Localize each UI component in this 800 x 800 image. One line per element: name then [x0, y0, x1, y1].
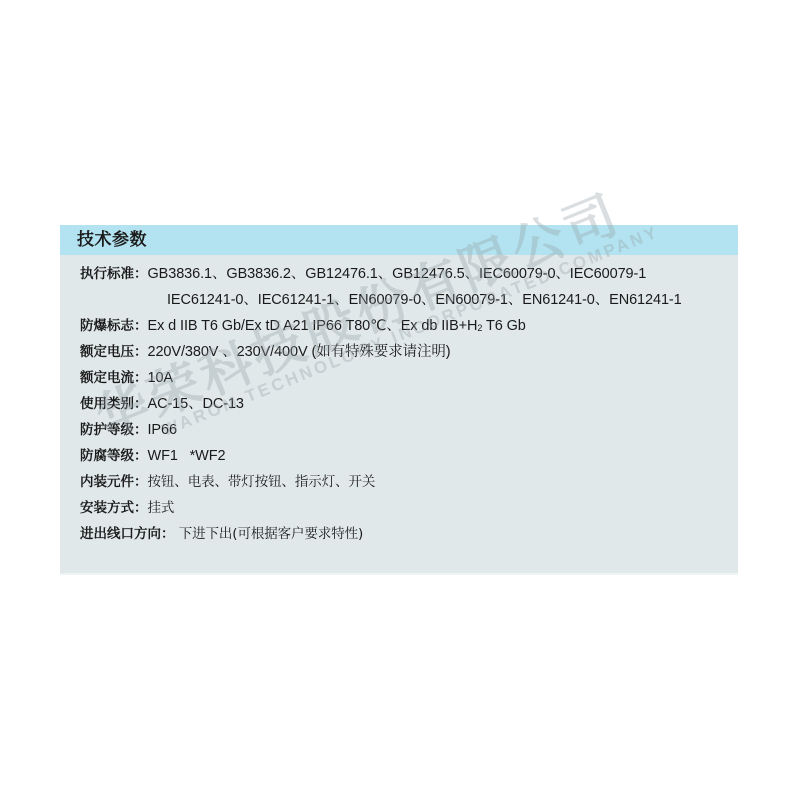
spec-list: 执行标准： GB3836.1、GB3836.2、GB12476.1、GB1247… [80, 265, 738, 551]
spec-row-cable-entry: 进出线口方向： 下进下出(可根据客户要求特性) [80, 525, 738, 551]
spec-row-installation: 安装方式： 挂式 [80, 499, 738, 525]
panel-title: 技术参数 [77, 229, 147, 251]
spec-row-utilization-category: 使用类别： AC-15、DC-13 [80, 395, 738, 421]
spec-value: IEC61241-0、IEC61241-1、EN60079-0、EN60079-… [167, 291, 682, 309]
spec-row-protection-grade: 防护等级： IP66 [80, 421, 738, 447]
spec-value: GB3836.1、GB3836.2、GB12476.1、GB12476.5、IE… [148, 265, 647, 283]
spec-value: AC-15、DC-13 [148, 395, 244, 413]
spec-value: 10A [148, 369, 174, 387]
spec-label: 防腐等级： [80, 447, 148, 465]
spec-label: 安装方式： [80, 499, 148, 517]
spec-row-built-in-components: 内装元件： 按钮、电表、带灯按钮、指示灯、开关 [80, 473, 738, 499]
spec-row-anticorrosion-grade: 防腐等级： WF1 *WF2 [80, 447, 738, 473]
tech-params-panel: 技术参数 执行标准： GB3836.1、GB3836.2、GB12476.1、G… [60, 225, 738, 575]
spec-label: 额定电压： [80, 343, 148, 361]
spec-label: 执行标准： [80, 265, 148, 283]
spec-value: Ex d IIB T6 Gb/Ex tD A21 IP66 T80℃、Ex db… [148, 317, 526, 337]
spec-row-rated-current: 额定电流： 10A [80, 369, 738, 395]
spec-label: 使用类别： [80, 395, 148, 413]
spec-row-standards-continued: IEC61241-0、IEC61241-1、EN60079-0、EN60079-… [80, 291, 738, 317]
panel-header: 技术参数 [60, 225, 738, 255]
spec-label: 防爆标志： [80, 317, 148, 335]
spec-row-rated-voltage: 额定电压： 220V/380V 、230V/400V (如有特殊要求请注明) [80, 343, 738, 369]
divider [60, 573, 738, 575]
spec-row-standards: 执行标准： GB3836.1、GB3836.2、GB12476.1、GB1247… [80, 265, 738, 291]
spec-value: WF1 *WF2 [148, 447, 226, 465]
spec-label: 进出线口方向： [80, 525, 175, 543]
spec-value: 220V/380V 、230V/400V (如有特殊要求请注明) [148, 343, 451, 361]
spec-label: 内装元件： [80, 473, 148, 491]
spec-value: 挂式 [148, 499, 175, 517]
spec-label: 防护等级： [80, 421, 148, 439]
spec-value: 下进下出(可根据客户要求特性) [175, 525, 364, 543]
spec-label: 额定电流： [80, 369, 148, 387]
spec-row-explosion-marking: 防爆标志： Ex d IIB T6 Gb/Ex tD A21 IP66 T80℃… [80, 317, 738, 343]
spec-value: IP66 [148, 421, 177, 439]
spec-value: 按钮、电表、带灯按钮、指示灯、开关 [148, 473, 376, 491]
